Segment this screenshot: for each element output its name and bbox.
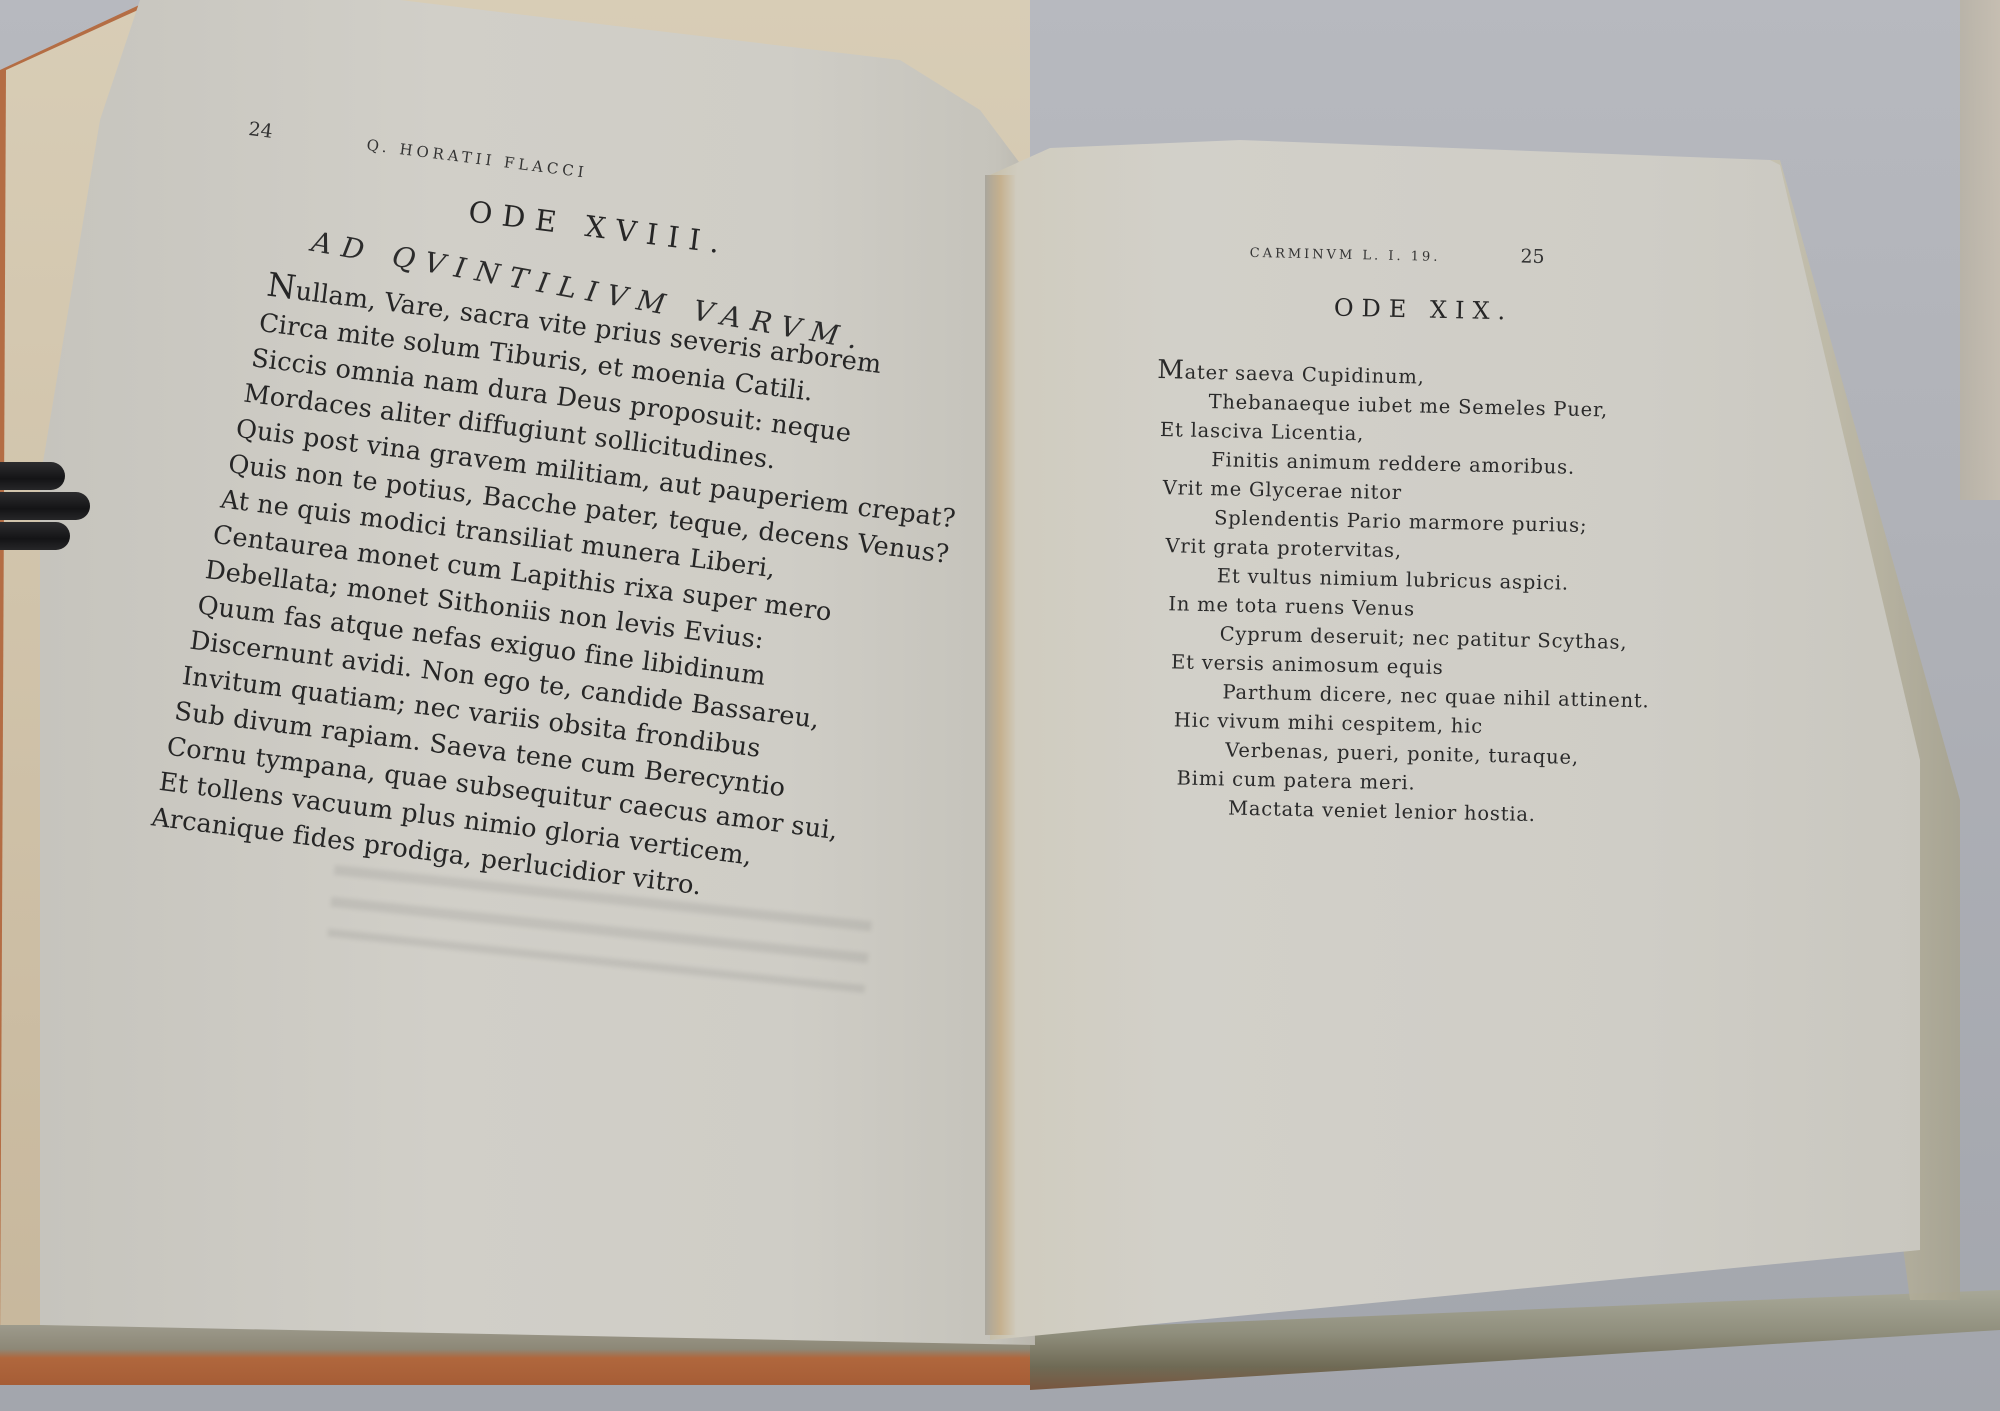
- drop-capital: M: [1157, 355, 1185, 386]
- verse-text: Vrit me Glycerae nitor: [1163, 476, 1403, 504]
- verse-text: Finitis animum reddere amoribus.: [1211, 448, 1575, 479]
- verse-text: Et vultus nimium lubricus aspici.: [1217, 564, 1569, 594]
- verse-text: Mactata veniet lenior hostia.: [1228, 797, 1536, 826]
- page-number: 24: [247, 118, 274, 143]
- finger: [0, 522, 70, 550]
- verse-text: Verbenas, pueri, ponite, turaque,: [1225, 738, 1579, 768]
- running-head-title: CARMINVM L. I. 19.: [1250, 246, 1441, 265]
- finger: [0, 462, 65, 490]
- verse-text: Et versis animosum equis: [1171, 650, 1444, 679]
- verse-text: Et lasciva Licentia,: [1160, 418, 1365, 445]
- background-board: [1960, 0, 2000, 500]
- ode-title: ODE XIX.: [1128, 289, 1718, 329]
- book-gutter: [985, 175, 1015, 1335]
- page-number: 25: [1520, 246, 1545, 269]
- verse-block: Mater saeva Cupidinum,Thebanaeque iubet …: [1148, 356, 1718, 833]
- verse-text: Vrit grata protervitas,: [1165, 534, 1402, 562]
- finger: [0, 492, 90, 520]
- verse-block: Nullam, Vare, sacra vite prius severis a…: [197, 267, 946, 927]
- verse-text: ater saeva Cupidinum,: [1184, 361, 1424, 389]
- left-page-content: 24 Q. HORATII FLACCI ODE XVIII. AD QVINT…: [159, 118, 964, 927]
- verse-text: Bimi cum patera meri.: [1176, 766, 1415, 794]
- verse-text: In me tota ruens Venus: [1168, 592, 1415, 620]
- right-page-content: CARMINVM L. I. 19. 25 ODE XIX. Mater sae…: [1148, 238, 1720, 833]
- verse-text: Hic vivum mihi cespitem, hic: [1174, 708, 1484, 737]
- hand-fingers: [0, 462, 90, 572]
